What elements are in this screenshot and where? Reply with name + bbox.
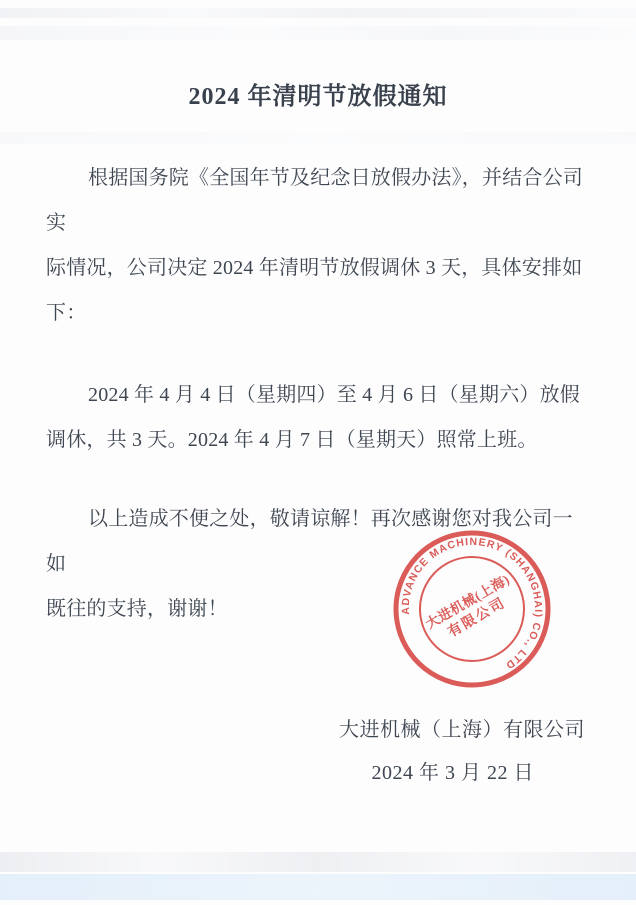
scan-artifact-band (0, 852, 636, 872)
scan-artifact-band (0, 874, 636, 900)
paragraph-apology-thanks: 以上造成不便之处，敬请谅解！再次感谢您对我公司一如 既往的支持，谢谢！ (46, 497, 590, 632)
scanned-document-page: 2024 年清明节放假通知 根据国务院《全国年节及纪念日放假办法》，并结合公司实… (0, 0, 636, 905)
signature-block: 大进机械（上海）有限公司 2024 年 3 月 22 日 (46, 708, 590, 793)
document-content: 2024 年清明节放假通知 根据国务院《全国年节及纪念日放假办法》，并结合公司实… (0, 80, 636, 793)
document-title: 2024 年清明节放假通知 (46, 80, 590, 114)
scan-artifact-band (0, 8, 636, 18)
paragraph-holiday-schedule: 2024 年 4 月 4 日（星期四）至 4 月 6 日（星期六）放假 调休，共… (46, 373, 590, 463)
scan-artifact-band (0, 26, 636, 40)
signature-date: 2024 年 3 月 22 日 (46, 753, 590, 793)
paragraph-basis: 根据国务院《全国年节及纪念日放假办法》，并结合公司实 际情况，公司决定 2024… (46, 156, 590, 336)
signature-company-name: 大进机械（上海）有限公司 (46, 708, 590, 753)
